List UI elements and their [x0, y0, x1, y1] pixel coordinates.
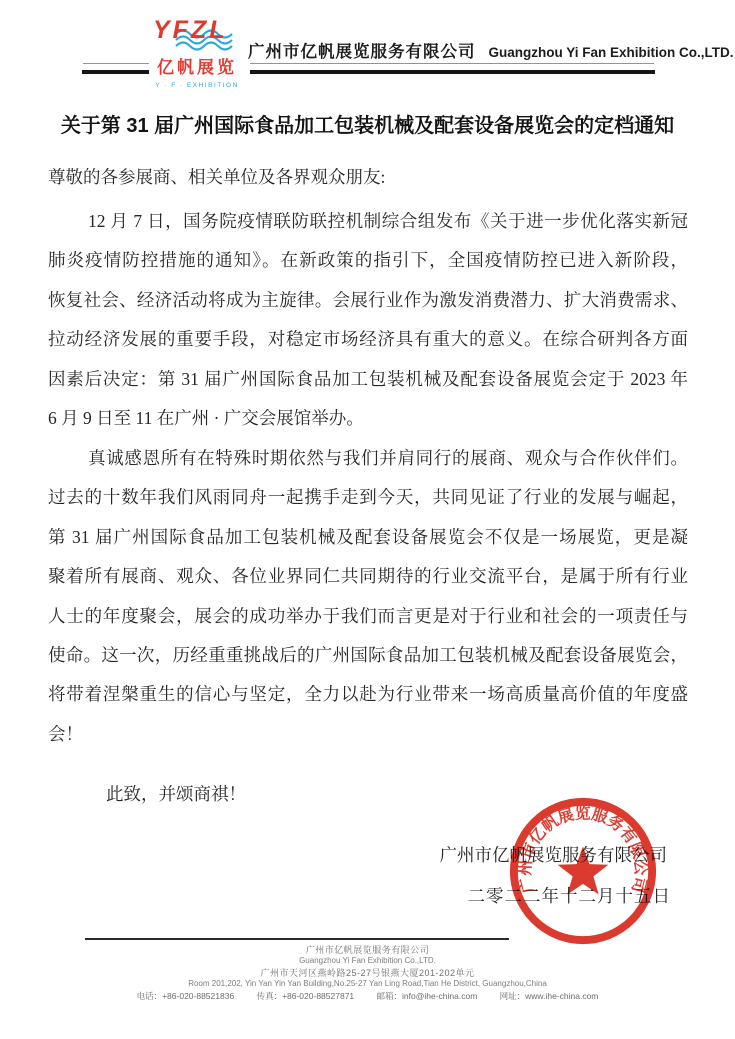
logo-acronym: YFZL [153, 16, 228, 44]
footer-address-cn: 广州市天河区燕岭路25-27号银燕大厦201-202单元 [0, 967, 735, 979]
letterhead-company-en: Guangzhou Yi Fan Exhibition Co.,LTD. [489, 45, 734, 60]
paragraph-line: 会！ [48, 715, 688, 754]
header-rule-thin-left [83, 63, 149, 64]
paragraph-line: 6 月 9 日至 11 在广州 · 广交会展馆举办。 [48, 399, 688, 438]
paragraph-line: 肺炎疫情防控措施的通知》。在新政策的指引下，全国疫情防控已进入新阶段， [48, 241, 688, 280]
closing-salute: 此致，并颂商祺！ [106, 783, 246, 805]
header-rule-thick-right [250, 70, 655, 74]
paragraph-line: 第 31 届广州国际食品加工包装机械及配套设备展览会不仅是一场展览，更是凝 [48, 518, 688, 557]
logo-name-cn: 亿帆展览 [146, 58, 248, 78]
seal-star-icon [558, 846, 609, 894]
logo-name-en: Y · F · EXHIBITION [146, 81, 248, 90]
paragraph-line: 人士的年度聚会，展会的成功举办于我们而言更是对于行业和社会的一项责任与 [48, 597, 688, 636]
footer-company-en: Guangzhou Yi Fan Exhibition Co.,LTD. [0, 956, 735, 967]
header-rule-thick-left [82, 70, 149, 74]
document-title: 关于第 31 届广州国际食品加工包装机械及配套设备展览会的定档通知 [0, 109, 735, 138]
footer-phone: 电话：+86-020-88521836 [137, 991, 235, 1001]
salutation: 尊敬的各参展商、相关单位及各界观众朋友: [48, 164, 385, 189]
paragraph-line: 因素后决定：第 31 届广州国际食品加工包装机械及配套设备展览会定于 2023 … [48, 360, 688, 399]
footer-address-en: Room 201,202, Yin Yan Yin Yan Building,N… [0, 979, 735, 990]
footer-company-cn: 广州市亿帆展览服务有限公司 [0, 944, 735, 956]
paragraph-2: 真诚感恩所有在特殊时期依然与我们并肩同行的展商、观众与合作伙伴们。 过去的十数年… [48, 439, 688, 754]
paragraph-line: 拉动经济发展的重要手段，对稳定市场经济具有重大的意义。在综合研判各方面 [48, 320, 688, 359]
paragraph-line: 将带着涅槃重生的信心与坚定，全力以赴为行业带来一场高质量高价值的年度盛 [48, 675, 688, 714]
paragraph-1: 12 月 7 日，国务院疫情联防联控机制综合组发布《关于进一步优化落实新冠 肺炎… [48, 202, 688, 438]
letterhead-company-cn: 广州市亿帆展览服务有限公司 [248, 38, 476, 62]
footer-website: 网址：www.ihe-china.com [500, 991, 599, 1001]
paragraph-line: 12 月 7 日，国务院疫情联防联控机制综合组发布《关于进一步优化落实新冠 [48, 202, 688, 241]
company-seal-stamp: 广州市亿帆展览服务有限公司 [504, 792, 662, 950]
paragraph-line: 恢复社会、经济活动将成为主旋律。会展行业作为激发消费潜力、扩大消费需求、 [48, 281, 688, 320]
header-rule-thin-right [250, 63, 654, 64]
paragraph-line: 真诚感恩所有在特殊时期依然与我们并肩同行的展商、观众与合作伙伴们。 [48, 439, 688, 478]
footer-divider [85, 938, 509, 940]
letterhead-company: 广州市亿帆展览服务有限公司 Guangzhou Yi Fan Exhibitio… [248, 38, 733, 62]
footer: 广州市亿帆展览服务有限公司 Guangzhou Yi Fan Exhibitio… [0, 944, 735, 1004]
notice-page: YFZL 亿帆展览 Y · F · EXHIBITION 广州市亿帆展览服务有限… [0, 0, 735, 1039]
company-logo: YFZL 亿帆展览 Y · F · EXHIBITION [146, 14, 248, 90]
footer-email: 邮箱：info@ihe-china.com [377, 991, 478, 1001]
paragraph-line: 聚着所有展商、观众、各位业界同仁共同期待的行业交流平台，是属于所有行业 [48, 557, 688, 596]
footer-fax: 传真：+86-020-88527871 [257, 991, 355, 1001]
logo-yfzl-icon: YFZL [149, 14, 246, 52]
paragraph-line: 过去的十数年我们风雨同舟一起携手走到今天，共同见证了行业的发展与崛起， [48, 478, 688, 517]
footer-contact-line: 电话：+86-020-88521836 传真：+86-020-88527871 … [0, 989, 735, 1004]
paragraph-line: 使命。这一次，历经重重挑战后的广州国际食品加工包装机械及配套设备展览会， [48, 636, 688, 675]
